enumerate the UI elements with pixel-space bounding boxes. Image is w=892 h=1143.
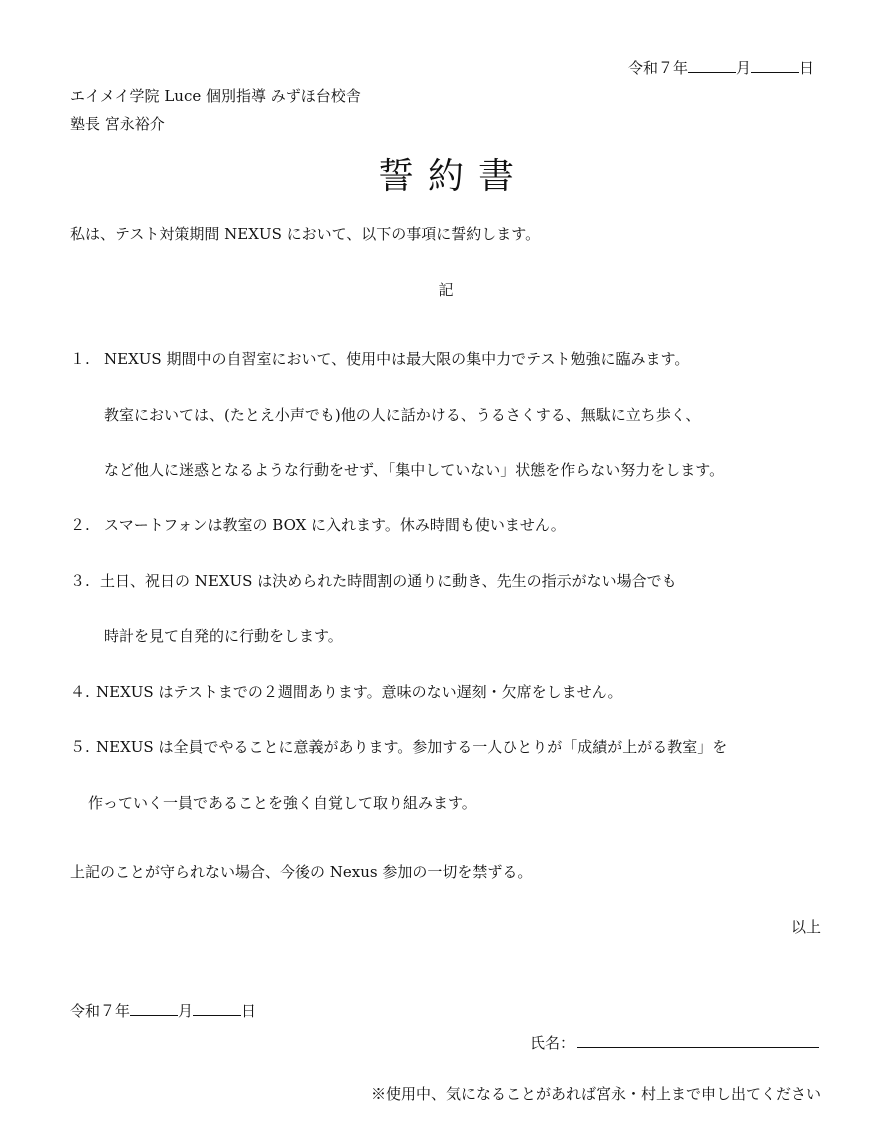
item-3-number: ３. bbox=[70, 571, 90, 591]
document-title: 誓約書 bbox=[0, 155, 892, 199]
footer-date: 令和７年月日 bbox=[70, 1001, 256, 1021]
penalty-text: 上記のことが守られない場合、今後の Nexus 参加の一切を禁ずる。 bbox=[70, 862, 532, 882]
date-month-label: 月 bbox=[736, 59, 751, 77]
date-era: 令和７年 bbox=[628, 59, 688, 77]
director-name: 塾長 宮永裕介 bbox=[70, 114, 165, 134]
item-1-line-1: NEXUS 期間中の自習室において、使用中は最大限の集中力でテスト勉強に臨みます… bbox=[104, 349, 689, 369]
item-1-number: １. bbox=[70, 349, 90, 369]
name-field: 氏名： bbox=[530, 1029, 819, 1053]
footer-note: ※使用中、気になることがあれば宮永・村上まで申し出てください bbox=[371, 1084, 821, 1104]
item-2-line-1: スマートフォンは教室の BOX に入れます。休み時間も使いません。 bbox=[104, 515, 566, 535]
item-3-line-2: 時計を見て自発的に行動をします。 bbox=[104, 626, 343, 646]
item-4-line-1: NEXUS はテストまでの２週間あります。意味のない遅刻・欠席をしません。 bbox=[96, 682, 623, 702]
month-blank[interactable] bbox=[688, 58, 736, 73]
item-4-number: ４. bbox=[70, 682, 90, 702]
intro-text: 私は、テスト対策期間 NEXUS において、以下の事項に誓約します。 bbox=[70, 224, 540, 244]
item-2-number: ２. bbox=[70, 515, 90, 535]
header-date: 令和７年月日 bbox=[628, 58, 814, 78]
item-5-number: ５. bbox=[70, 737, 90, 757]
item-5-line-2: 作っていく一員であることを強く自覚して取り組みます。 bbox=[88, 793, 477, 813]
date-day-label: 日 bbox=[799, 59, 814, 77]
item-5-line-1: NEXUS は全員でやることに意義があります。参加する一人ひとりが「成績が上がる… bbox=[96, 737, 727, 757]
footer-date-day-label: 日 bbox=[241, 1002, 256, 1020]
ijou-label: 以上 bbox=[791, 917, 821, 937]
item-1-line-2: 教室においては、(たとえ小声でも)他の人に話かける、うるさくする、無駄に立ち歩く… bbox=[104, 405, 700, 425]
footer-month-blank[interactable] bbox=[130, 1001, 178, 1016]
footer-day-blank[interactable] bbox=[193, 1001, 241, 1016]
name-signature-line[interactable] bbox=[577, 1029, 819, 1048]
school-name: エイメイ学院 Luce 個別指導 みずほ台校舎 bbox=[70, 86, 361, 106]
name-label: 氏名： bbox=[530, 1034, 575, 1052]
day-blank[interactable] bbox=[751, 58, 799, 73]
ki-label: 記 bbox=[0, 280, 892, 300]
item-3-line-1: 土日、祝日の NEXUS は決められた時間割の通りに動き、先生の指示がない場合で… bbox=[100, 571, 677, 591]
footer-date-month-label: 月 bbox=[178, 1002, 193, 1020]
footer-date-era: 令和７年 bbox=[70, 1002, 130, 1020]
item-1-line-3: など他人に迷惑となるような行動をせず、「集中していない」状態を作らない努力をしま… bbox=[104, 460, 724, 480]
